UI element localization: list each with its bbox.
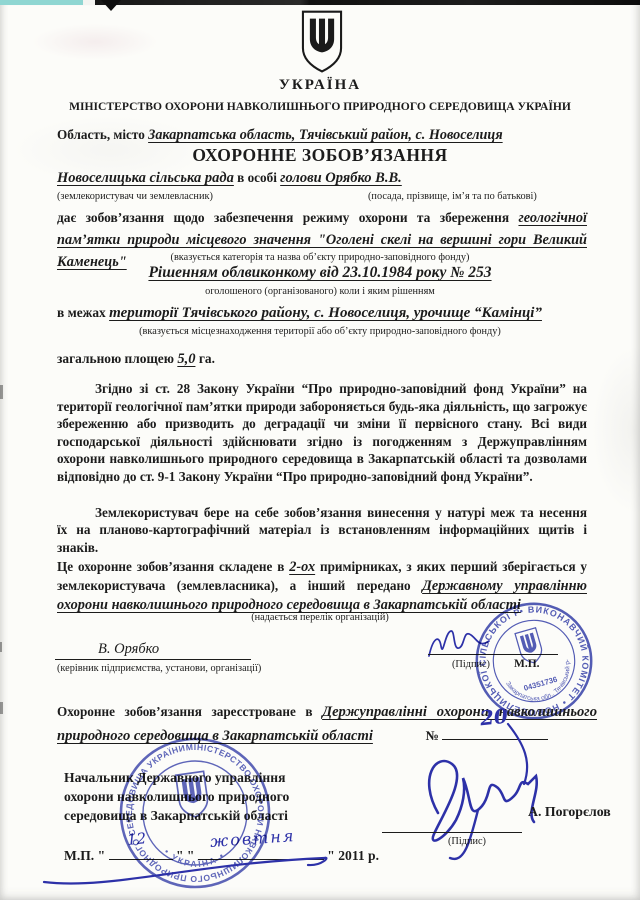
director-signature-line xyxy=(382,818,522,833)
parties-infix: в особі xyxy=(237,170,277,185)
decision-caption: оголошеного (організованого) коли і яким… xyxy=(0,286,640,297)
holder-signature-name: В. Орябко xyxy=(98,641,159,658)
body-paragraph-2: Землекористувач бере на себе зобов’язанн… xyxy=(57,504,587,556)
copies-count: 2-ох xyxy=(289,559,315,575)
document-title: ОХОРОННЕ ЗОБОВ’ЯЗАННЯ xyxy=(0,145,640,166)
position-caption: (посада, прізвище, ім’я та по батькові) xyxy=(368,191,537,202)
ministry-name: МІНІСТЕРСТВО ОХОРОНИ НАВКОЛИШНЬОГО ПРИРО… xyxy=(0,100,640,113)
area-label: загальною площею xyxy=(57,351,174,366)
location-line: Область, місто Закарпатська область, Тяч… xyxy=(57,127,587,144)
obligation-prefix: дає зобов’язання щодо забезпечення режим… xyxy=(57,210,509,225)
category-caption: (вказується категорія та назва об’єкту п… xyxy=(0,252,640,263)
scan-artifact-notch xyxy=(101,0,121,11)
holder-signature-caption: (керівник підприємства, установи, органі… xyxy=(57,663,261,674)
bounds-line: в межах території Тячівського району, с.… xyxy=(57,305,617,322)
area-suffix: га. xyxy=(199,351,215,366)
landuser-caption: (землекористувач чи землевласник) xyxy=(57,191,213,202)
scan-artifact-edge xyxy=(0,385,3,399)
area-value: 5,0 xyxy=(177,351,195,367)
body-paragraph-1: Згідно зі ст. 28 Закону України “Про при… xyxy=(57,380,587,486)
bounds-caption: (вказується місцезнаходження території а… xyxy=(0,326,640,337)
bounds-value: території Тячівського району, с. Новосел… xyxy=(109,305,542,321)
area-line: загальною площею 5,0 га. xyxy=(57,351,215,368)
copies-prefix: Це охоронне зобов’язання складене в xyxy=(57,559,284,574)
scan-artifact-edge xyxy=(0,702,3,714)
representative-name: голови Орябко В.В. xyxy=(280,170,402,186)
director-name: А. Погорєлов xyxy=(528,804,611,820)
location-label: Область, місто xyxy=(57,127,145,142)
holder-name: Новоселицька сільська рада xyxy=(57,170,234,186)
scanned-document: УКРАЇНА МІНІСТЕРСТВО ОХОРОНИ НАВКОЛИШНЬО… xyxy=(0,0,640,900)
registration-prefix: Охоронне зобов’язання заресстроване в xyxy=(57,704,313,719)
scan-artifact-top-strip xyxy=(0,0,640,5)
decision-line: Рішенням облвиконкому від 23.10.1984 рок… xyxy=(0,264,640,282)
pen-stroke xyxy=(40,850,340,895)
scan-artifact-edge xyxy=(0,642,2,652)
country-name: УКРАЇНА xyxy=(0,77,640,94)
coat-of-arms-icon xyxy=(296,9,348,75)
bounds-label: в межах xyxy=(57,305,106,320)
parties-line: Новоселицька сільська рада в особі голов… xyxy=(57,170,587,187)
location-value: Закарпатська область, Тячівський район, … xyxy=(148,127,503,143)
decision-value: Рішенням облвиконкому від 23.10.1984 рок… xyxy=(148,264,491,281)
pidpys-caption-2: (Підпис) xyxy=(448,836,486,847)
